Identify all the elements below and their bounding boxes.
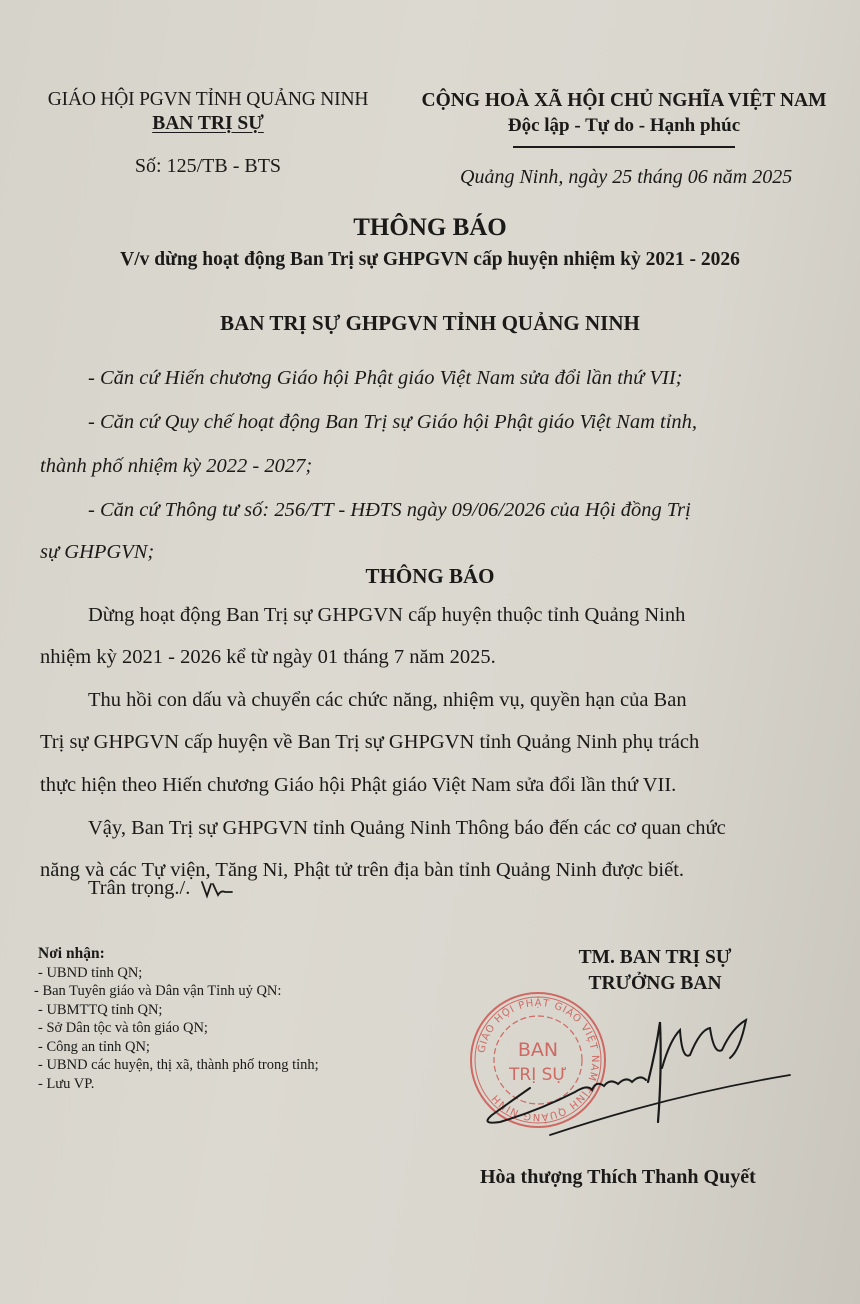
recipient-item: - UBND tỉnh QN; bbox=[38, 964, 319, 983]
place-date: Quảng Ninh, ngày 25 tháng 06 năm 2025 bbox=[460, 166, 792, 189]
closing-text: Trân trọng./. bbox=[88, 877, 190, 899]
signature-on-behalf: TM. BAN TRỊ SỰ bbox=[460, 945, 850, 971]
handwritten-signature-icon bbox=[470, 1010, 830, 1140]
national-motto: Độc lập - Tự do - Hạnh phúc bbox=[398, 113, 850, 138]
legal-basis-2: - Căn cứ Quy chế hoạt động Ban Trị sự Gi… bbox=[88, 410, 697, 434]
body-para-2: Thu hồi con dấu và chuyển các chức năng,… bbox=[88, 688, 687, 712]
section-title: THÔNG BÁO bbox=[0, 564, 860, 589]
issuing-authority: BAN TRỊ SỰ GHPGVN TỈNH QUẢNG NINH bbox=[0, 311, 860, 336]
national-title: CỘNG HOÀ XÃ HỘI CHỦ NGHĨA VIỆT NAM bbox=[398, 88, 850, 113]
motto-underline bbox=[513, 146, 735, 148]
recipient-item: - UBMTTQ tỉnh QN; bbox=[38, 1001, 319, 1020]
signer-name: Hòa thượng Thích Thanh Quyết bbox=[480, 1166, 756, 1189]
recipient-item: - Sở Dân tộc và tôn giáo QN; bbox=[38, 1019, 319, 1038]
body-para-1-cont: nhiệm kỳ 2021 - 2026 kể từ ngày 01 tháng… bbox=[40, 645, 496, 669]
recipient-item: - Công an tỉnh QN; bbox=[38, 1038, 319, 1057]
legal-basis-3: - Căn cứ Thông tư số: 256/TT - HĐTS ngày… bbox=[88, 498, 691, 522]
document-subject: V/v dừng hoạt động Ban Trị sự GHPGVN cấp… bbox=[0, 249, 860, 271]
body-para-1: Dừng hoạt động Ban Trị sự GHPGVN cấp huy… bbox=[88, 603, 685, 627]
issuing-org-block: GIÁO HỘI PGVN TỈNH QUẢNG NINH BAN TRỊ SỰ… bbox=[18, 88, 398, 178]
legal-basis-1: - Căn cứ Hiến chương Giáo hội Phật giáo … bbox=[88, 366, 682, 390]
closing-line: Trân trọng./. bbox=[88, 877, 233, 900]
signature-block: TM. BAN TRỊ SỰ TRƯỞNG BAN bbox=[460, 945, 850, 997]
body-para-3: Vậy, Ban Trị sự GHPGVN tỉnh Quảng Ninh T… bbox=[88, 816, 726, 840]
org-name: GIÁO HỘI PGVN TỈNH QUẢNG NINH bbox=[18, 88, 398, 112]
recipient-item: - UBND các huyện, thị xã, thành phố tron… bbox=[38, 1056, 319, 1075]
document-number: Số: 125/TB - BTS bbox=[18, 154, 398, 178]
national-header-block: CỘNG HOÀ XÃ HỘI CHỦ NGHĨA VIỆT NAM Độc l… bbox=[398, 88, 850, 148]
recipient-item: - Lưu VP. bbox=[38, 1075, 319, 1094]
body-para-2-cont2: thực hiện theo Hiến chương Giáo hội Phật… bbox=[40, 773, 676, 797]
document-title: THÔNG BÁO bbox=[0, 214, 860, 242]
signature-position: TRƯỞNG BAN bbox=[460, 971, 850, 997]
initials-mark-icon bbox=[199, 878, 233, 900]
body-para-2-cont: Trị sự GHPGVN cấp huyện về Ban Trị sự GH… bbox=[40, 730, 699, 754]
department-name: BAN TRỊ SỰ bbox=[18, 112, 398, 136]
legal-basis-3-cont: sự GHPGVN; bbox=[40, 540, 154, 564]
legal-basis-2-cont: thành phố nhiệm kỳ 2022 - 2027; bbox=[40, 454, 312, 478]
recipients-heading: Nơi nhận: bbox=[38, 945, 319, 964]
recipients-block: Nơi nhận: - UBND tỉnh QN; - Ban Tuyên gi… bbox=[38, 945, 319, 1093]
recipient-item: - Ban Tuyên giáo và Dân vận Tỉnh uỷ QN: bbox=[34, 982, 319, 1001]
